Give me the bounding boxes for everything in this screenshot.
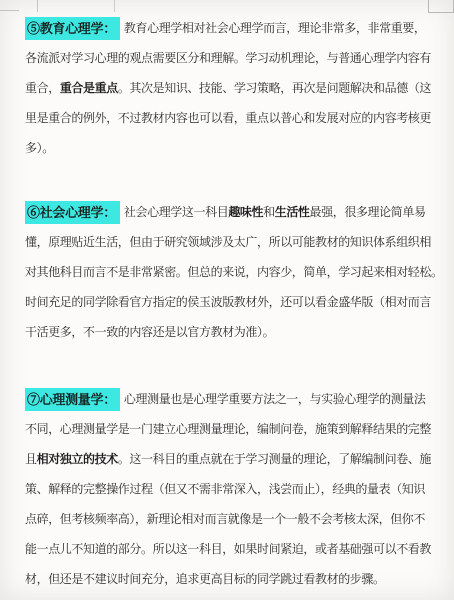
text-line: 各流派对学习心理的观点需要区分和理解。学习动机理论，与普通心理学内容有 (25, 43, 454, 73)
text-run: 趣味性 (228, 205, 263, 219)
text-line: 懂，原理贴近生活，但由于研究领域涉及太广，所以可能教材的知识体系组织相 (25, 227, 454, 257)
text-run: 策、解释的完整操作过程（但又不需非常深入，浅尝而止），经典的量表（知识 (25, 482, 425, 496)
text-run: 懂，原理贴近生活，但由于研究领域涉及太广，所以可能教材的知识体系组织相 (25, 235, 431, 249)
text-run: 生活性 (275, 205, 310, 219)
text-run: 且 (25, 452, 37, 466)
text-line: 点碎，但考核频率高），新理论相对而言就像是一个一般不会考核太深，但你不 (25, 504, 454, 534)
text-run: 。其次是知识、技能、学习策略，再次是问题解决和品德（这 (118, 81, 431, 95)
text-run: 能一点儿不知道的部分。所以这一科目，如果时间紧迫，或者基础强可以不看教 (25, 542, 431, 556)
text-run: 多）。 (25, 141, 54, 155)
text-run: 里是重合的例外，不过教材内容也可以看，重点以普心和发展对应的内容考核更 (25, 111, 431, 125)
text-run: 对其他科目而言不是非常紧密。但总的来说，内容少，简单，学习起来相对轻松。 (25, 265, 443, 279)
text-section: ⑦心理测量学：心理测量也是心理学重要方法之一，与实验心理学的测量法不同，心理测量… (25, 384, 454, 594)
text-run: 干活更多，不一致的内容还是以官方教材为准）。 (25, 325, 274, 339)
text-line: 材，但还是不建议时间充分，追求更高目标的同学跳过看教材的步骤。 (25, 564, 454, 594)
text-run: 重合， (25, 81, 60, 95)
text-line: 策、解释的完整操作过程（但又不需非常深入，浅尝而止），经典的量表（知识 (25, 474, 454, 504)
text-line: 能一点儿不知道的部分。所以这一科目，如果时间紧迫，或者基础强可以不看教 (25, 534, 454, 564)
text-run: 教育心理学相对社会心理学而言，理论非常多，非常重要， (124, 21, 426, 35)
text-line: 时间充足的同学除看官方指定的侯玉波版教材外，还可以看金盛华版（相对而言 (25, 287, 454, 317)
text-line: ⑤教育心理学：教育心理学相对社会心理学而言，理论非常多，非常重要， (25, 13, 454, 43)
text-run: 时间充足的同学除看官方指定的侯玉波版教材外，还可以看金盛华版（相对而言 (25, 295, 431, 309)
document-body: ⑤教育心理学：教育心理学相对社会心理学而言，理论非常多，非常重要，各流派对学习心… (0, 0, 454, 594)
text-line: ⑥社会心理学：社会心理学这一科目趣味性和生活性最强，很多理论简单易 (25, 197, 454, 227)
document-page: ⑤教育心理学：教育心理学相对社会心理学而言，理论非常多，非常重要，各流派对学习心… (0, 0, 454, 600)
text-run: 社会心理学这一科目 (124, 205, 228, 219)
text-run: 心理测量也是心理学重要方法之一，与实验心理学的测量法 (124, 392, 426, 406)
text-line: 里是重合的例外，不过教材内容也可以看，重点以普心和发展对应的内容考核更 (25, 103, 454, 133)
text-section: ⑤教育心理学：教育心理学相对社会心理学而言，理论非常多，非常重要，各流派对学习心… (25, 13, 454, 163)
text-line: 不同，心理测量学是一门建立心理测量理论，编制问卷，施策到解释结果的完整 (25, 414, 454, 444)
text-run: 最强，很多理论简单易 (310, 205, 426, 219)
text-run: 重合是重点 (60, 81, 118, 95)
section-header-highlight: ⑦心理测量学： (25, 388, 120, 411)
text-line: ⑦心理测量学：心理测量也是心理学重要方法之一，与实验心理学的测量法 (25, 384, 454, 414)
text-line: 重合，重合是重点。其次是知识、技能、学习策略，再次是问题解决和品德（这 (25, 73, 454, 103)
text-run: 材，但还是不建议时间充分，追求更高目标的同学跳过看教材的步骤。 (25, 572, 385, 586)
text-line: 多）。 (25, 133, 454, 163)
text-line: 对其他科目而言不是非常紧密。但总的来说，内容少，简单，学习起来相对轻松。 (25, 257, 454, 287)
text-run: 不同，心理测量学是一门建立心理测量理论，编制问卷，施策到解释结果的完整 (25, 422, 431, 436)
section-header-highlight: ⑥社会心理学： (25, 201, 120, 224)
text-run: 。这一科目的重点就在于学习测量的理论，了解编制问卷、施 (118, 452, 431, 466)
text-run: 点碎，但考核频率高），新理论相对而言就像是一个一般不会考核太深，但你不 (25, 512, 425, 526)
text-run: 相对独立的技术 (37, 452, 118, 466)
text-run: 各流派对学习心理的观点需要区分和理解。学习动机理论，与普通心理学内容有 (25, 51, 431, 65)
text-section: ⑥社会心理学：社会心理学这一科目趣味性和生活性最强，很多理论简单易懂，原理贴近生… (25, 197, 454, 347)
text-run: 和 (263, 205, 275, 219)
text-line: 且相对独立的技术。这一科目的重点就在于学习测量的理论，了解编制问卷、施 (25, 444, 454, 474)
section-header-highlight: ⑤教育心理学： (25, 17, 120, 40)
text-line: 干活更多，不一致的内容还是以官方教材为准）。 (25, 317, 454, 347)
